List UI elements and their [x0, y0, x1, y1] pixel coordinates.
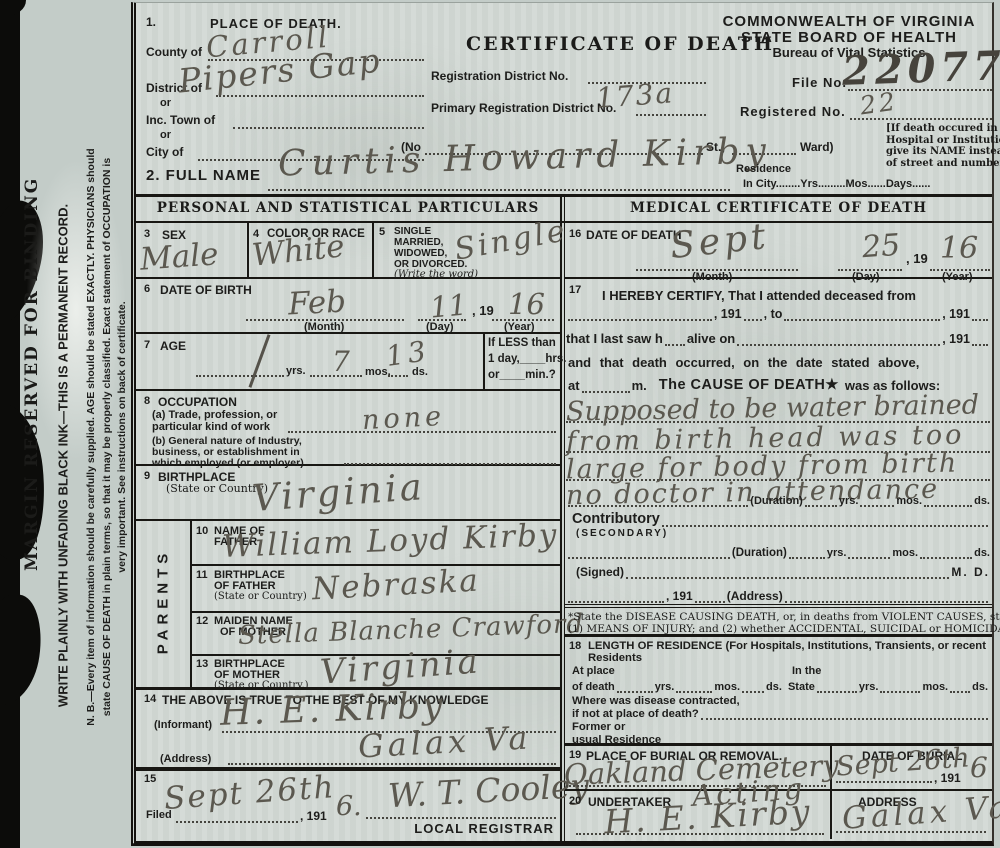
certify-line1: I HEREBY CERTIFY, That I attended deceas…	[602, 288, 916, 303]
dod-month-caption: (Month)	[692, 271, 732, 283]
torn-edge-blob	[0, 0, 26, 16]
m-label: m.	[632, 378, 647, 393]
dotted-line	[805, 503, 837, 507]
dotted-line	[737, 342, 940, 346]
dotted-line	[568, 503, 748, 507]
filed-year-handwriting: 6.	[336, 791, 362, 822]
age-lessthan-line3: or____min.?	[488, 369, 556, 381]
hospital-note-line3: give its NAME instead	[886, 146, 994, 158]
at-label: at	[568, 378, 580, 393]
marital-option-single: SINGLE	[394, 226, 431, 237]
ds-label: ds.	[974, 547, 990, 559]
file-no-value-handwriting: 22077	[841, 42, 1000, 95]
margin-nb-line2: state CAUSE OF DEATH in plain terms, so …	[100, 82, 116, 792]
to-label: , to	[764, 307, 783, 321]
dotted-line	[617, 689, 653, 693]
parents-row-rule	[191, 564, 560, 566]
contributory-line: Contributory	[572, 509, 990, 527]
mos-label: mos.	[892, 547, 918, 559]
ds-label: ds.	[974, 495, 990, 507]
dod-number: 16	[569, 228, 581, 240]
dob-month-caption: (Month)	[304, 321, 344, 333]
yrs-label: yrs.	[827, 547, 847, 559]
occupation-number: 8	[144, 395, 150, 407]
father-name-handwriting: William Loyd Kirby	[221, 517, 558, 565]
occupation-b-line3: which employed (or employer)	[152, 457, 304, 469]
filed-year-printed: , 191	[300, 809, 327, 823]
torn-edge-blob	[0, 591, 48, 710]
father-birthplace-number: 11	[196, 569, 208, 581]
age-label: AGE	[160, 339, 186, 353]
age-yrs-label: yrs.	[286, 365, 306, 377]
father-birthplace-handwriting: Nebraska	[311, 563, 480, 608]
hospital-note-line2: Hospital or Institution	[886, 135, 994, 147]
at-place-label: At place	[572, 665, 615, 677]
yrs-label: yrs.	[655, 681, 675, 693]
of-death-label: of death	[572, 681, 615, 693]
dotted-line	[785, 599, 988, 603]
race-value-handwriting: White	[250, 228, 346, 273]
residence-label: Residence	[736, 163, 791, 175]
margin-nb-line3: very important. See instructions on back…	[115, 82, 131, 792]
city-label: City of	[146, 145, 183, 159]
dotted-line	[742, 689, 764, 693]
primary-registration-label: Primary Registration District No.	[431, 101, 616, 115]
md-label: M. D.	[951, 565, 990, 579]
occupation-label: OCCUPATION	[158, 395, 237, 409]
hospital-note-line4: of street and number.]	[886, 158, 994, 170]
column-divider	[560, 194, 562, 841]
last-saw-label: that I last saw h	[566, 331, 663, 346]
primary-registration-value-handwriting: 173a	[595, 76, 675, 114]
residence-line: In City........Yrs.........Mos......Days…	[743, 178, 930, 190]
alive-on-label: alive on	[687, 331, 735, 346]
row-rule	[136, 332, 560, 334]
dod-day-handwriting: 25	[861, 228, 902, 266]
dotted-line	[924, 503, 972, 507]
filed-number: 15	[144, 773, 156, 785]
ds-label: ds.	[972, 681, 988, 693]
row-rule	[565, 277, 992, 279]
year-191-printed: , 191	[942, 307, 970, 321]
dotted-line	[950, 689, 970, 693]
dotted-line	[568, 317, 712, 321]
yrs-label: yrs.	[859, 681, 879, 693]
registered-no-label: Registered No.	[740, 104, 846, 119]
hospital-note-line1: [If death occured in a	[886, 123, 994, 135]
dob-month-handwriting: Feb	[287, 284, 347, 323]
residence18-heading: LENGTH OF RESIDENCE (For Hospitals, Inst…	[588, 640, 986, 652]
footnote-hairline-2	[565, 607, 992, 608]
row-rule-thick	[565, 634, 992, 637]
footnote-hairline-1	[565, 604, 992, 605]
dob-year-handwriting: 16	[508, 287, 545, 321]
dob-label: DATE OF BIRTH	[160, 283, 252, 297]
father-birthplace-label-line3: (State or Country)	[214, 591, 307, 602]
footnote-line1: *State the DISEASE CAUSING DEATH, or, in…	[568, 611, 1000, 623]
where-contracted-label: if not at place of death?	[572, 708, 699, 720]
sign-address-label: (Address)	[727, 589, 783, 603]
certificate-title: CERTIFICATE OF DEATH	[466, 33, 726, 55]
yrs-label: yrs.	[839, 495, 859, 507]
dotted-line	[665, 342, 685, 346]
registrar-dotted-line	[366, 803, 556, 819]
occupation-a-line2: particular kind of work	[152, 421, 270, 433]
sex-race-divider	[247, 223, 249, 277]
occupation-a-line1: (a) Trade, profession, or	[152, 409, 277, 421]
marital-number: 5	[379, 226, 385, 238]
age-number: 7	[144, 339, 150, 351]
mos-label: mos.	[922, 681, 948, 693]
mother-birthplace-number: 13	[196, 658, 208, 670]
in-the-label: In the	[792, 665, 821, 677]
row-rule	[136, 277, 560, 279]
dob-day-handwriting: 11	[429, 287, 469, 324]
dotted-line	[784, 317, 940, 321]
dob-day-caption: (Day)	[426, 321, 454, 333]
street-ward-label: Ward)	[800, 140, 834, 154]
residence-duration-line: of death yrs. mos. ds. State yrs. mos. d…	[572, 677, 990, 693]
dotted-line	[662, 523, 988, 527]
sex-number: 3	[144, 228, 150, 240]
sign-year-label: , 191	[666, 589, 693, 603]
commonwealth-heading: COMMONWEALTH OF VIRGINIA	[706, 13, 992, 30]
age-mos-handwriting: 7	[332, 345, 350, 378]
contributory-label: Contributory	[572, 511, 660, 527]
dod-day-caption: (Day)	[852, 271, 880, 283]
dotted-line	[626, 575, 949, 579]
certify-line2: , 191 , to , 191	[566, 305, 990, 321]
cause-of-death-label: The CAUSE OF DEATH★	[659, 377, 839, 393]
residence18-heading2: Residents	[588, 652, 642, 664]
birthplace-value-handwriting: Virginia	[251, 465, 426, 520]
dotted-line	[568, 599, 664, 603]
informant-number: 14	[144, 693, 156, 705]
dotted-line	[695, 599, 725, 603]
father-name-number: 10	[196, 525, 208, 537]
dotted-line	[848, 555, 890, 559]
informant-label: (Informant)	[154, 719, 212, 731]
dod-year-printed: , 19	[906, 251, 928, 266]
parents-vertical-label: PARENTS	[155, 527, 172, 677]
dotted-line	[920, 555, 972, 559]
inc-town-dotted-line	[233, 113, 424, 129]
row-rule	[136, 389, 560, 391]
dotted-line	[972, 342, 988, 346]
certify-line4: and that death occurred, on the date sta…	[568, 355, 919, 370]
dotted-line	[744, 317, 762, 321]
dotted-line	[701, 716, 988, 720]
state-label: State	[788, 681, 815, 693]
age-lessthan-line2: 1 day,____hrs.	[488, 353, 566, 365]
signed-line: (Signed) M. D.	[576, 561, 990, 579]
year-191-printed: , 191	[942, 332, 970, 346]
age-lessthan-line1: If LESS than	[488, 337, 556, 349]
file-no-label: File No.	[792, 75, 847, 90]
dotted-line	[972, 317, 988, 321]
burial-year-handwriting: 6	[970, 751, 988, 784]
signed-label: (Signed)	[576, 565, 624, 579]
age-lessthan-divider	[483, 334, 485, 389]
dotted-line	[880, 689, 920, 693]
mos-label: mos.	[714, 681, 740, 693]
undertaker-number: 20	[569, 795, 581, 807]
dob-year-printed: , 19	[472, 303, 494, 318]
contributory-duration-line: (Duration) yrs. mos. ds.	[566, 541, 990, 559]
ds-label: ds.	[766, 681, 782, 693]
marital-option-married: MARRIED,	[394, 237, 443, 248]
dob-year-caption: (Year)	[504, 321, 535, 333]
where-contracted-line2: if not at place of death?	[572, 706, 990, 720]
personal-section-title: PERSONAL AND STATISTICAL PARTICULARS	[136, 200, 560, 216]
age-ds-label: ds.	[412, 366, 428, 378]
residence18-number: 18	[569, 640, 581, 652]
burial-year-printed: , 191	[934, 771, 961, 785]
registration-district-label: Registration District No.	[431, 69, 568, 83]
county-label: County of	[146, 45, 202, 59]
dotted-line	[568, 555, 730, 559]
full-name-label: 2. FULL NAME	[146, 167, 261, 184]
registered-no-value-handwriting: 22	[858, 87, 899, 121]
year-191-printed: , 191	[714, 307, 742, 321]
sex-value-handwriting: Male	[139, 236, 220, 277]
margin-write-plainly-text: WRITE PLAINLY WITH UNFADING BLACK INK—TH…	[56, 126, 73, 786]
item1-number: 1.	[146, 15, 156, 29]
local-registrar-label: LOCAL REGISTRAR	[406, 821, 554, 836]
age-yrs-dotted-line	[196, 361, 284, 377]
cause-duration-line: (Duration) yrs. mos. ds.	[566, 489, 990, 507]
dotted-line	[582, 389, 630, 393]
dotted-line	[789, 555, 825, 559]
certificate-document: 1. PLACE OF DEATH. County of Carroll Dis…	[131, 2, 994, 846]
margin-binding-text: MARGIN RESERVED FOR BINDING	[22, 271, 46, 571]
mos-label: mos.	[896, 495, 922, 507]
signed-date-address-line: , 191 (Address)	[566, 585, 990, 603]
certify-number: 17	[569, 284, 581, 296]
secondary-label: (SECONDARY)	[576, 528, 668, 539]
death-certificate-scan: MARGIN RESERVED FOR BINDING WRITE PLAINL…	[0, 0, 1000, 848]
mother-name-number: 12	[196, 615, 208, 627]
informant-address-label: (Address)	[160, 753, 211, 765]
dotted-line	[676, 689, 712, 693]
dod-label: DATE OF DEATH	[586, 228, 682, 242]
duration-label: (Duration)	[732, 547, 787, 559]
dotted-line	[817, 689, 857, 693]
or-2-label: or	[160, 129, 171, 141]
occupation-b-dotted-line	[344, 449, 556, 465]
or-1-label: or	[160, 97, 171, 109]
dod-year-handwriting: 16	[940, 231, 978, 266]
margin-nb-note: N. B.—Every item of information should b…	[84, 82, 134, 792]
inc-town-label: Inc. Town of	[146, 113, 215, 127]
margin-nb-line1: N. B.—Every item of information should b…	[84, 82, 100, 792]
dotted-line	[860, 503, 894, 507]
hospital-note: [If death occured in a Hospital or Insti…	[886, 123, 994, 169]
marital-option-widowed: WIDOWED,	[394, 248, 447, 259]
duration-label: (Duration)	[750, 495, 803, 507]
dod-year-caption: (Year)	[942, 271, 973, 283]
mother-birthplace-handwriting: Virginia	[319, 641, 482, 692]
certify-line3: that I last saw h alive on , 191	[566, 330, 990, 346]
birthplace-number: 9	[144, 470, 150, 482]
dob-number: 6	[144, 283, 150, 295]
marital-write-word-note: (Write the word)	[394, 269, 478, 280]
occupation-a-value-handwriting: none	[361, 401, 446, 436]
medical-section-title: MEDICAL CERTIFICATE OF DEATH	[565, 200, 992, 216]
parents-cell-divider	[190, 521, 192, 687]
race-marital-divider	[372, 223, 374, 277]
